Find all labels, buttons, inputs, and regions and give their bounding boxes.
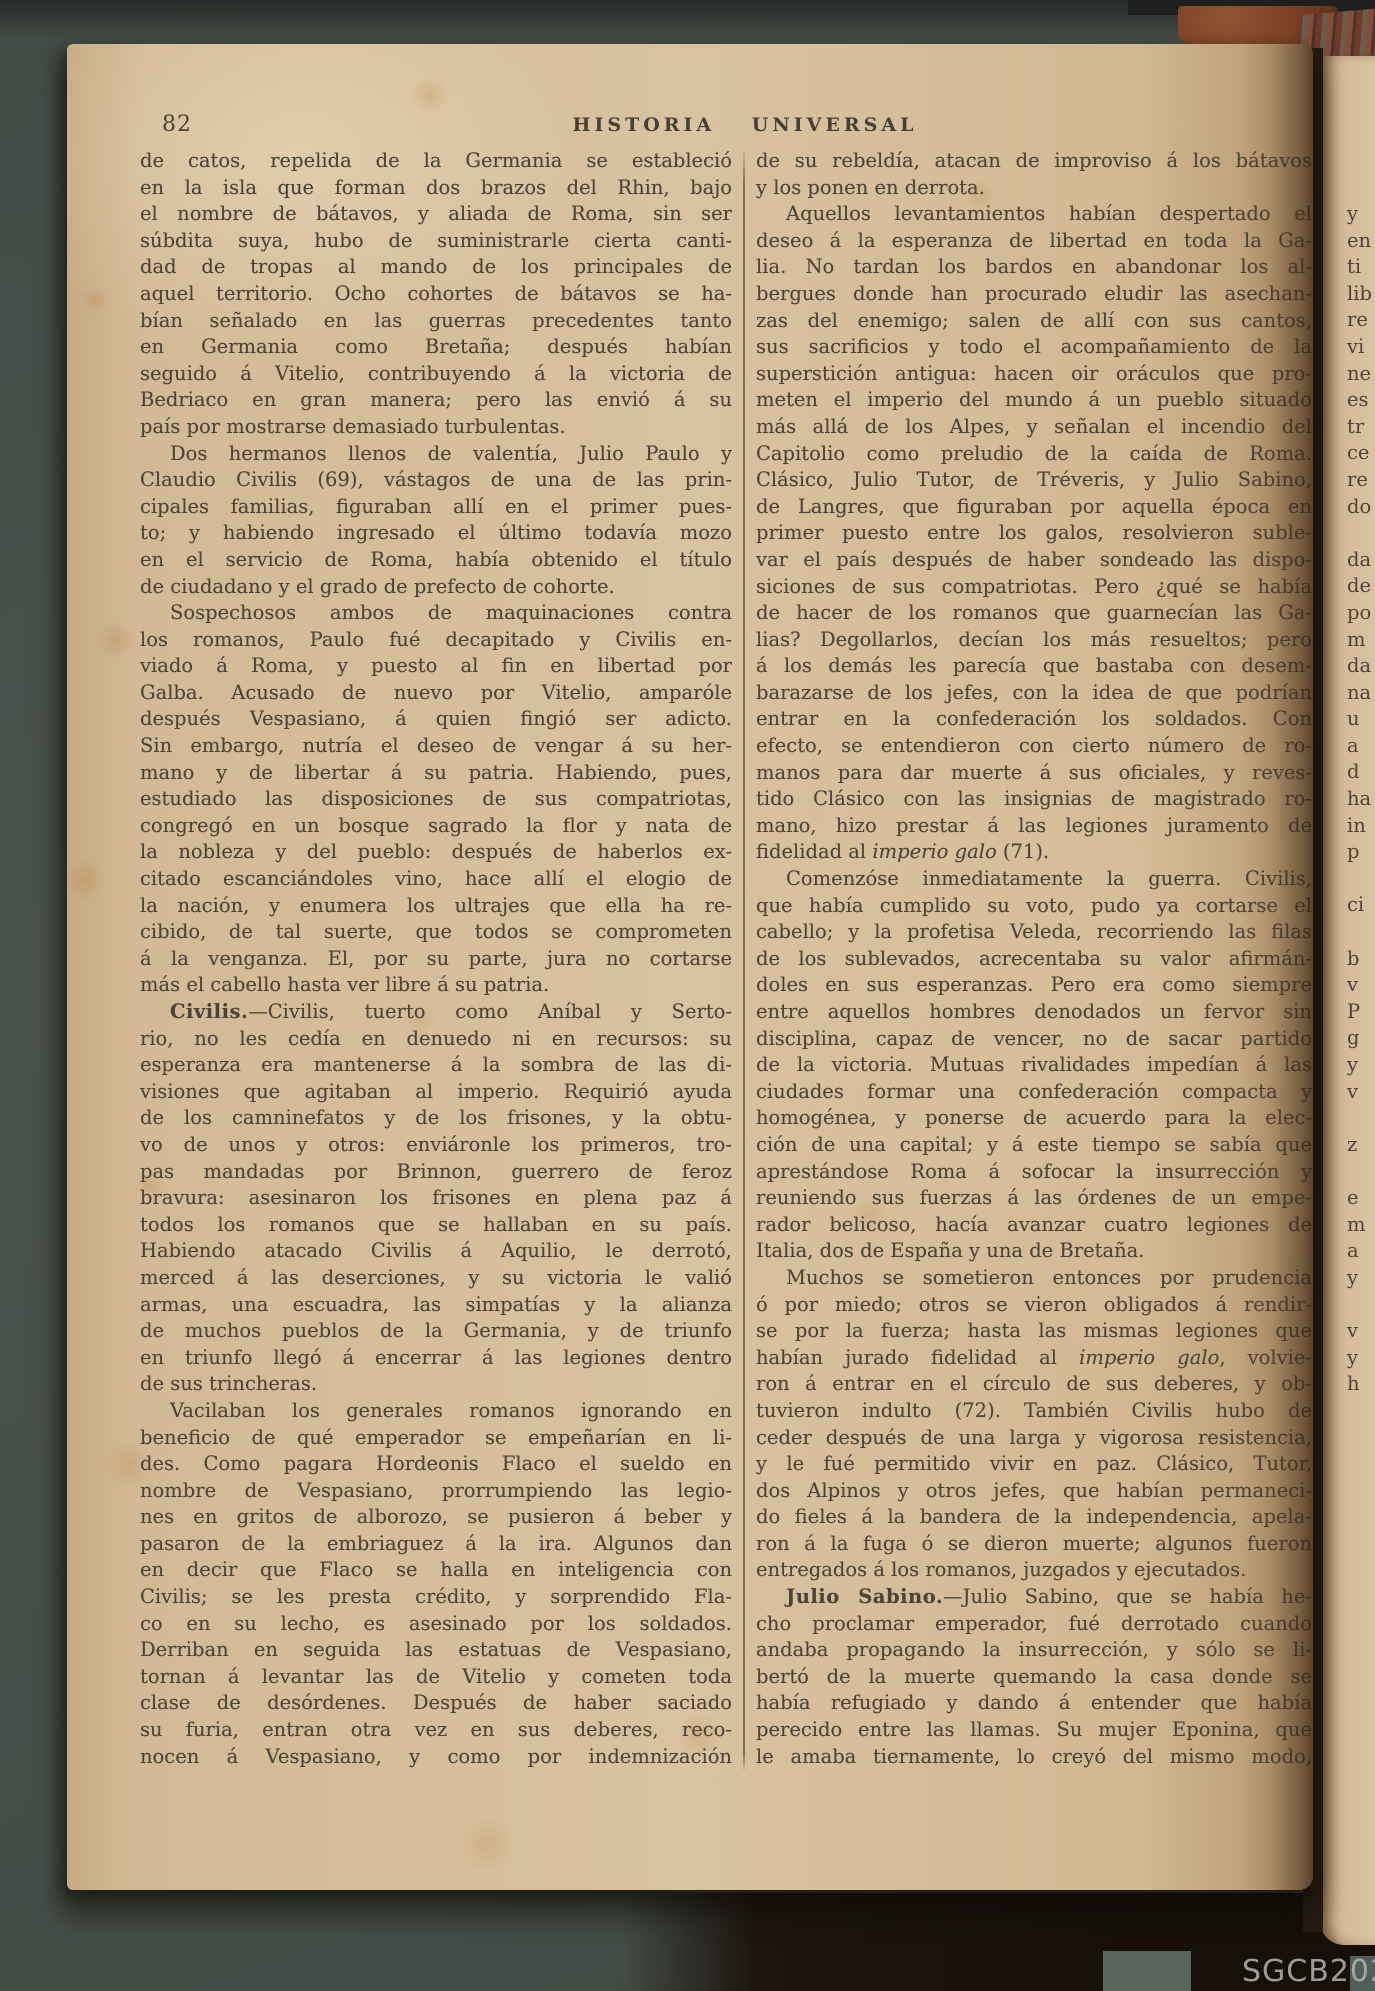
text-line: rador belicoso, hacía avanzar cuatro leg… bbox=[756, 1212, 1312, 1239]
text-line: armas, una escuadra, las simpatías y la … bbox=[140, 1292, 732, 1319]
text-line: mano y de libertar á su patria. Habiendo… bbox=[140, 760, 732, 787]
text-line: de la victoria. Mutuas rivalidades imped… bbox=[756, 1052, 1312, 1079]
facing-page-fragment: d bbox=[1347, 759, 1372, 786]
text-line: fidelidad al imperio galo (71). bbox=[756, 839, 1312, 866]
text-line: ó por miedo; otros se vieron obligados á… bbox=[756, 1292, 1312, 1319]
facing-page-fragment: h bbox=[1347, 1371, 1372, 1398]
text-line: y le fué permitido vivir en paz. Clásico… bbox=[756, 1451, 1312, 1478]
facing-page-fragment: na bbox=[1347, 680, 1372, 707]
text-line: lias? Degollarlos, decían los más resuel… bbox=[756, 627, 1312, 654]
text-line: cibido, de tal suerte, que todos se comp… bbox=[140, 919, 732, 946]
facing-page-fragment: tr bbox=[1347, 414, 1372, 441]
text-line: cho proclamar emperador, fué derrotado c… bbox=[756, 1611, 1312, 1638]
text-line: de catos, repelida de la Germania se est… bbox=[140, 148, 732, 175]
facing-page-fragment: ne bbox=[1347, 361, 1372, 388]
text-line: de hacer de los romanos que guarnecían l… bbox=[756, 600, 1312, 627]
text-line: en el servicio de Roma, había obtenido e… bbox=[140, 547, 732, 574]
text-line: más allá de los Alpes, y señalan el ince… bbox=[756, 414, 1312, 441]
text-line: co en su lecho, es asesinado por los sol… bbox=[140, 1611, 732, 1638]
text-line: ron á entrar en el círculo de sus debere… bbox=[756, 1371, 1312, 1398]
text-line: Vacilaban los generales romanos ignorand… bbox=[140, 1398, 732, 1425]
text-line: bían señalado en las guerras precedentes… bbox=[140, 308, 732, 335]
facing-page-fragment: da bbox=[1347, 653, 1372, 680]
text-line: de sus trincheras. bbox=[140, 1371, 732, 1398]
text-line: Dos hermanos llenos de valentía, Julio P… bbox=[140, 441, 732, 468]
page-head-row: 82 HISTORIA UNIVERSAL bbox=[140, 112, 1312, 142]
scanned-book-photo: yentilibrevineestrceredo dadepomdanauadh… bbox=[0, 0, 1375, 1991]
text-line: Civilis.—Civilis, tuerto como Aníbal y S… bbox=[140, 999, 732, 1026]
text-line: Habiendo atacado Civilis á Aquilio, le d… bbox=[140, 1238, 732, 1265]
text-line: dad de tropas al mando de los principale… bbox=[140, 254, 732, 281]
column-0: de catos, repelida de la Germania se est… bbox=[140, 148, 732, 1770]
facing-page-fragment: ce bbox=[1347, 440, 1372, 467]
text-line: Galba. Acusado de nuevo por Vitelio, amp… bbox=[140, 680, 732, 707]
column-1: de su rebeldía, atacan de improviso á lo… bbox=[756, 148, 1312, 1770]
facing-page-fragment: a bbox=[1347, 733, 1372, 760]
facing-page-fragment: lib bbox=[1347, 281, 1372, 308]
facing-page-fragment bbox=[1347, 1158, 1372, 1185]
text-line: Sin embargo, nutría el deseo de vengar á… bbox=[140, 733, 732, 760]
facing-page-fragment: v bbox=[1347, 1318, 1372, 1345]
text-line: cabello; y la profetisa Veleda, recorrie… bbox=[756, 919, 1312, 946]
text-line: siciones de sus compatriotas. Pero ¿qué … bbox=[756, 574, 1312, 601]
text-line: nocen á Vespasiano, y como por indemniza… bbox=[140, 1744, 732, 1771]
text-line: su furia, entran otra vez en sus deberes… bbox=[140, 1717, 732, 1744]
text-line: clase de desórdenes. Después de haber sa… bbox=[140, 1690, 732, 1717]
text-line: entregados á los romanos, juzgados y eje… bbox=[756, 1557, 1312, 1584]
text-line: bertó de la muerte quemando la casa dond… bbox=[756, 1664, 1312, 1691]
facing-page-fragment: v bbox=[1347, 1079, 1372, 1106]
text-line: cipales familias, figuraban allí en el p… bbox=[140, 494, 732, 521]
text-line: nombre de Vespasiano, prorrumpiendo las … bbox=[140, 1478, 732, 1505]
text-line: lia. No tardan los bardos en abandonar l… bbox=[756, 254, 1312, 281]
text-line: los romanos, Paulo fué decapitado y Civi… bbox=[140, 627, 732, 654]
text-line: ron á la fuga ó se dieron muerte; alguno… bbox=[756, 1531, 1312, 1558]
text-line: pasaron de la embriaguez á la ira. Algun… bbox=[140, 1531, 732, 1558]
text-line: de los camninefatos y de los frisones, y… bbox=[140, 1105, 732, 1132]
text-line: le amaba tiernamente, lo creyó del mismo… bbox=[756, 1744, 1312, 1771]
text-line: tuvieron indulto (72). También Civilis h… bbox=[756, 1398, 1312, 1425]
facing-page-fragment: ti bbox=[1347, 254, 1372, 281]
text-line: entrar en la confederación los soldados.… bbox=[756, 706, 1312, 733]
facing-page-fragment: v bbox=[1347, 972, 1372, 999]
text-line: aprestándose Roma á sofocar la insurrecc… bbox=[756, 1159, 1312, 1186]
facing-page-fragment: po bbox=[1347, 600, 1372, 627]
text-line: merced á las deserciones, y su victoria … bbox=[140, 1265, 732, 1292]
text-line: de muchos pueblos de la Germania, y de t… bbox=[140, 1318, 732, 1345]
text-line: to; y habiendo ingresado el último todav… bbox=[140, 520, 732, 547]
text-line: efecto, se entendieron con cierto número… bbox=[756, 733, 1312, 760]
facing-page-fragment: y bbox=[1347, 1052, 1372, 1079]
running-header: HISTORIA UNIVERSAL bbox=[140, 114, 1312, 136]
facing-page-fragment: m bbox=[1347, 1212, 1372, 1239]
text-line: en la isla que forman dos brazos del Rhi… bbox=[140, 175, 732, 202]
text-line: Muchos se sometieron entonces por pruden… bbox=[756, 1265, 1312, 1292]
gutter-fold-shading bbox=[1241, 44, 1313, 1890]
text-line: Aquellos levantamientos habían despertad… bbox=[756, 201, 1312, 228]
text-line: más el cabello hasta ver libre á su patr… bbox=[140, 972, 732, 999]
text-line: vo de unos y otros: enviáronle los prime… bbox=[140, 1132, 732, 1159]
facing-page-fragment: re bbox=[1347, 307, 1372, 334]
facing-page-fragment: es bbox=[1347, 387, 1372, 414]
facing-page-fragment: en bbox=[1347, 228, 1372, 255]
text-line: Julio Sabino.—Julio Sabino, que se había… bbox=[756, 1584, 1312, 1611]
facing-page-fragment: re bbox=[1347, 467, 1372, 494]
facing-page-fragment: m bbox=[1347, 627, 1372, 654]
facing-page-fragment: y bbox=[1347, 201, 1372, 228]
text-line: Capitolio como preludio de la caída de R… bbox=[756, 441, 1312, 468]
text-line: visiones que agitaban al imperio. Requir… bbox=[140, 1079, 732, 1106]
text-line: meten el imperio del mundo á un pueblo s… bbox=[756, 387, 1312, 414]
text-line: en triunfo llegó á encerrar á las legion… bbox=[140, 1345, 732, 1372]
text-block: de catos, repelida de la Germania se est… bbox=[140, 148, 1312, 1770]
facing-page-fragment bbox=[1347, 1105, 1372, 1132]
facing-page-fragment: ci bbox=[1347, 892, 1372, 919]
text-line: nes en gritos de alborozo, se pusieron á… bbox=[140, 1504, 732, 1531]
text-line: congregó en un bosque sagrado la flor y … bbox=[140, 813, 732, 840]
text-line: en decir que Flaco se halla en inteligen… bbox=[140, 1557, 732, 1584]
facing-page-text-fragments: yentilibrevineestrceredo dadepomdanauadh… bbox=[1347, 201, 1372, 1398]
text-line: entre aquellos hombres denodados un ferv… bbox=[756, 999, 1312, 1026]
text-line: dos Alpinos y otros jefes, que habían pe… bbox=[756, 1478, 1312, 1505]
text-line: mano, hizo prestar á las legiones jurame… bbox=[756, 813, 1312, 840]
text-line: rio, no les cedía en denuedo ni en recur… bbox=[140, 1026, 732, 1053]
text-line: bravura: asesinaron los frisones en plen… bbox=[140, 1185, 732, 1212]
text-line: primer puesto entre los galos, resolvier… bbox=[756, 520, 1312, 547]
text-line: todos los romanos que se hallaban en su … bbox=[140, 1212, 732, 1239]
text-line: Derriban en seguida las estatuas de Vesp… bbox=[140, 1637, 732, 1664]
text-line: reuniendo sus fuerzas á las órdenes de u… bbox=[756, 1185, 1312, 1212]
background-patch bbox=[1103, 1951, 1191, 1991]
facing-page-fragment: e bbox=[1347, 1185, 1372, 1212]
text-line: después Vespasiano, á quien fingió ser a… bbox=[140, 706, 732, 733]
text-line: deseo á la esperanza de libertad en toda… bbox=[756, 228, 1312, 255]
text-line: tido Clásico con las insignias de magist… bbox=[756, 786, 1312, 813]
text-line: manos para dar muerte á sus oficiales, y… bbox=[756, 760, 1312, 787]
text-line: de Langres, que figuraban por aquella ép… bbox=[756, 494, 1312, 521]
text-line: perecido entre las llamas. Su mujer Epon… bbox=[756, 1717, 1312, 1744]
text-line: á la venganza. El, por su parte, jura no… bbox=[140, 946, 732, 973]
text-line: pas mandadas por Brinnon, guerrero de fe… bbox=[140, 1159, 732, 1186]
facing-page-fragment: z bbox=[1347, 1132, 1372, 1159]
text-line: ciudades formar una confederación compac… bbox=[756, 1079, 1312, 1106]
facing-page-fragment bbox=[1347, 866, 1372, 893]
facing-page-fragment: ha bbox=[1347, 786, 1372, 813]
text-line: disciplina, capaz de vencer, no de sacar… bbox=[756, 1026, 1312, 1053]
facing-page-edge: yentilibrevineestrceredo dadepomdanauadh… bbox=[1320, 56, 1375, 1945]
text-line: de su rebeldía, atacan de improviso á lo… bbox=[756, 148, 1312, 175]
facing-page-fragment: b bbox=[1347, 946, 1372, 973]
text-line: Sospechosos ambos de maquinaciones contr… bbox=[140, 600, 732, 627]
text-line: se por la fuerza; hasta las mismas legio… bbox=[756, 1318, 1312, 1345]
text-line: aquel territorio. Ocho cohortes de bátav… bbox=[140, 281, 732, 308]
text-line: Claudio Civilis (69), vástagos de una de… bbox=[140, 467, 732, 494]
text-line: había refugiado y dando á entender que h… bbox=[756, 1690, 1312, 1717]
text-line: doles en sus esperanzas. Pero era como s… bbox=[756, 972, 1312, 999]
text-line: superstición antigua: hacen oir oráculos… bbox=[756, 361, 1312, 388]
text-line: sus sacrificios y todo el acompañamiento… bbox=[756, 334, 1312, 361]
text-line: homogénea, y ponerse de acuerdo para la … bbox=[756, 1105, 1312, 1132]
text-line: de ciudadano y el grado de prefecto de c… bbox=[140, 574, 732, 601]
text-line: la nación, y enumera los ultrajes que el… bbox=[140, 893, 732, 920]
text-line: bergues donde han procurado eludir las a… bbox=[756, 281, 1312, 308]
facing-page-fragment: u bbox=[1347, 706, 1372, 733]
text-line: Clásico, Julio Tutor, de Tréveris, y Jul… bbox=[756, 467, 1312, 494]
text-line: súbdita suya, hubo de suministrarle cier… bbox=[140, 228, 732, 255]
text-line: andaba propagando la insurrección, y sól… bbox=[756, 1637, 1312, 1664]
text-line: tornan á levantar las de Vitelio y comet… bbox=[140, 1664, 732, 1691]
text-line: esperanza era mantenerse á la sombra de … bbox=[140, 1052, 732, 1079]
text-line: des. Como pagara Hordeonis Flaco el suel… bbox=[140, 1451, 732, 1478]
column-divider-rule bbox=[743, 152, 745, 1770]
facing-page-fragment: P bbox=[1347, 999, 1372, 1026]
text-line: estudiado las disposiciones de sus compa… bbox=[140, 786, 732, 813]
text-line: ceder después de una larga y vigorosa re… bbox=[756, 1425, 1312, 1452]
facing-page-fragment: in bbox=[1347, 813, 1372, 840]
text-line: viado á Roma, y puesto al fin en liberta… bbox=[140, 653, 732, 680]
text-line: el nombre de bátavos, y aliada de Roma, … bbox=[140, 201, 732, 228]
facing-page-fragment: do bbox=[1347, 494, 1372, 521]
facing-page-fragment: de bbox=[1347, 573, 1372, 600]
text-line: var el país después de haber sondeado la… bbox=[756, 547, 1312, 574]
text-line: en Germania como Bretaña; después habían bbox=[140, 334, 732, 361]
text-line: Bedriaco en gran manera; pero las envió … bbox=[140, 387, 732, 414]
text-line: y los ponen en derrota. bbox=[756, 175, 1312, 202]
facing-page-fragment: p bbox=[1347, 839, 1372, 866]
facing-page-fragment: a bbox=[1347, 1238, 1372, 1265]
facing-page-fragment bbox=[1347, 520, 1372, 547]
watermark: SGCB2021 bbox=[1242, 1954, 1375, 1989]
text-line: á los demás les parecía que bastaba con … bbox=[756, 653, 1312, 680]
text-line: beneficio de qué emperador se empeñarían… bbox=[140, 1425, 732, 1452]
text-line: ción de una capital; y á este tiempo se … bbox=[756, 1132, 1312, 1159]
text-line: Italia, dos de España y una de Bretaña. bbox=[756, 1238, 1312, 1265]
text-line: zas del enemigo; salen de allí con sus c… bbox=[756, 308, 1312, 335]
text-line: país por mostrarse demasiado turbulentas… bbox=[140, 414, 732, 441]
facing-page-fragment: y bbox=[1347, 1345, 1372, 1372]
text-line: seguido á Vitelio, contribuyendo á la vi… bbox=[140, 361, 732, 388]
text-line: citado escanciándoles vino, hace allí el… bbox=[140, 866, 732, 893]
text-line: barazarse de los jefes, con la idea de q… bbox=[756, 680, 1312, 707]
text-line: habían jurado fidelidad al imperio galo,… bbox=[756, 1345, 1312, 1372]
text-line: la nobleza y del pueblo: después de habe… bbox=[140, 839, 732, 866]
facing-page-fragment: vi bbox=[1347, 334, 1372, 361]
book-page: 82 HISTORIA UNIVERSAL de catos, repelida… bbox=[67, 44, 1313, 1890]
text-line: que había cumplido su voto, pudo ya cort… bbox=[756, 893, 1312, 920]
text-line: do fieles á la bandera de la independenc… bbox=[756, 1504, 1312, 1531]
facing-page-fragment: y bbox=[1347, 1265, 1372, 1292]
facing-page-fragment: g bbox=[1347, 1025, 1372, 1052]
facing-page-fragment: da bbox=[1347, 547, 1372, 574]
text-line: de los sublevados, acrecentaba su valor … bbox=[756, 946, 1312, 973]
text-line: Comenzóse inmediatamente la guerra. Civi… bbox=[756, 866, 1312, 893]
facing-page-fragment bbox=[1347, 919, 1372, 946]
facing-page-fragment bbox=[1347, 1291, 1372, 1318]
text-line: Civilis; se les presta crédito, y sorpre… bbox=[140, 1584, 732, 1611]
